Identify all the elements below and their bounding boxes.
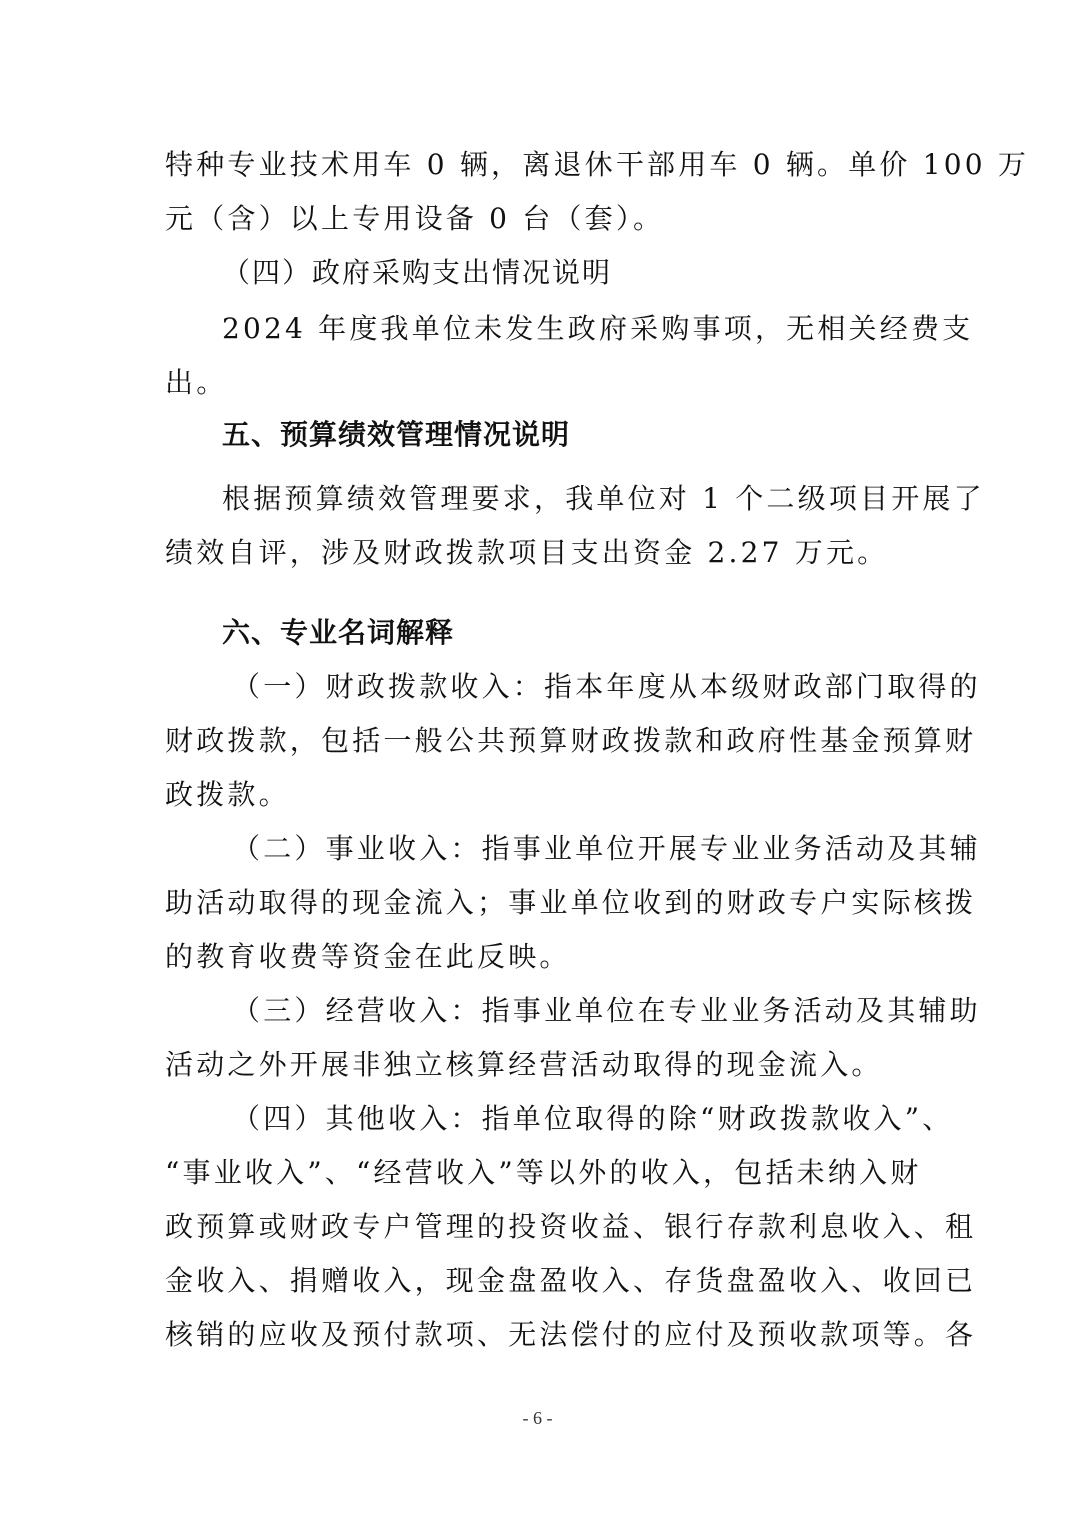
paragraph-line: 根据预算绩效管理要求，我单位对 1 个二级项目开展了 — [222, 482, 972, 516]
definition-text: 指事业单位在专业业务活动及其辅助 — [482, 994, 981, 1027]
definition-term: （四）其他收入： — [232, 1102, 482, 1135]
paragraph-line: 活动之外开展非独立核算经营活动取得的现金流入。 — [165, 1048, 915, 1082]
page-number: - 6 - — [0, 1408, 1075, 1429]
definition-term: （一）财政拨款收入： — [232, 670, 544, 703]
definition-term: （三）经营收入： — [232, 994, 482, 1027]
definition-fiscal-appropriation: （一）财政拨款收入：指本年度从本级财政部门取得的 — [232, 670, 915, 704]
definition-business-income: （二）事业收入：指事业单位开展专业业务活动及其辅 — [232, 832, 915, 866]
paragraph-line: 核销的应收及预付款项、无法偿付的应付及预收款项等。各 — [165, 1318, 915, 1352]
paragraph-line: 的教育收费等资金在此反映。 — [165, 940, 915, 974]
section-title-performance-management: 五、预算绩效管理情况说明 — [222, 418, 972, 452]
paragraph-line: 政拨款。 — [165, 778, 915, 812]
document-page: 特种专业技术用车 0 辆，离退休干部用车 0 辆。单价 100 万 元（含）以上… — [0, 0, 1075, 1520]
paragraph-line: 出。 — [165, 366, 915, 400]
subsection-title-government-procurement: （四）政府采购支出情况说明 — [222, 256, 972, 290]
paragraph-line: 助活动取得的现金流入；事业单位收到的财政专户实际核拨 — [165, 886, 915, 920]
definition-operating-income: （三）经营收入：指事业单位在专业业务活动及其辅助 — [232, 994, 915, 1028]
definition-text: 指本年度从本级财政部门取得的 — [544, 670, 981, 703]
definition-text: 指单位取得的除“财政拨款收入”、 — [482, 1102, 954, 1135]
section-title-glossary: 六、专业名词解释 — [222, 616, 972, 650]
paragraph-line: 2024 年度我单位未发生政府采购事项，无相关经费支 — [222, 312, 972, 346]
paragraph-line: 财政拨款，包括一般公共预算财政拨款和政府性基金预算财 — [165, 724, 915, 758]
paragraph-line: 金收入、捐赠收入，现金盘盈收入、存货盘盈收入、收回已 — [165, 1264, 915, 1298]
paragraph-line: 元（含）以上专用设备 0 台（套）。 — [165, 202, 915, 236]
definition-text: 指事业单位开展专业业务活动及其辅 — [482, 832, 981, 865]
paragraph-line: 绩效自评，涉及财政拨款项目支出资金 2.27 万元。 — [165, 536, 915, 570]
paragraph-line: 政预算或财政专户管理的投资收益、银行存款利息收入、租 — [165, 1210, 915, 1244]
paragraph-line: 特种专业技术用车 0 辆，离退休干部用车 0 辆。单价 100 万 — [165, 148, 915, 182]
definition-term: （二）事业收入： — [232, 832, 482, 865]
definition-other-income: （四）其他收入：指单位取得的除“财政拨款收入”、 — [232, 1102, 915, 1136]
paragraph-line: “事业收入”、“经营收入”等以外的收入，包括未纳入财 — [165, 1156, 915, 1190]
